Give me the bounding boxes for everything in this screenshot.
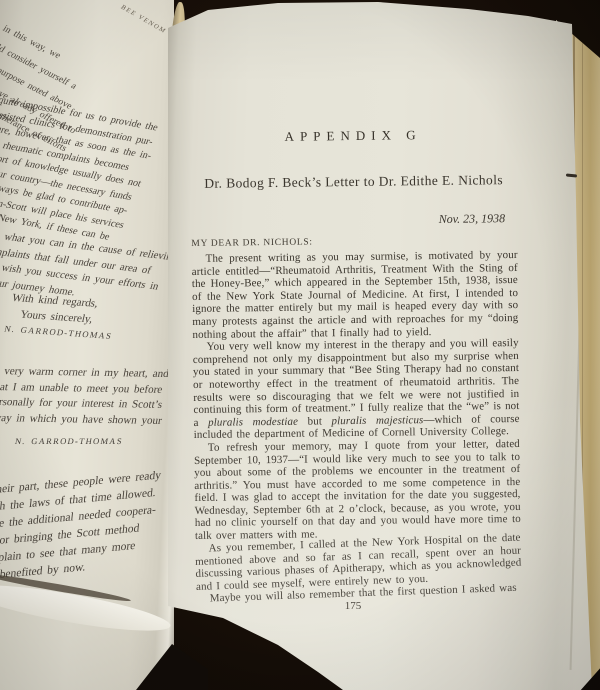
left-page-line: l way in which you have shown your [0, 410, 163, 429]
page-edge-highlight [0, 576, 173, 639]
letter-paragraph-5: Maybe you will also remember that the fi… [196, 582, 522, 606]
latin-phrase: pluralis modestiae [208, 415, 298, 428]
right-page: APPENDIX G Dr. Bodog F. Beck’s Letter to… [168, 0, 600, 690]
letter-title: Dr. Bodog F. Beck’s Letter to Dr. Edithe… [191, 172, 517, 192]
left-page-signature-2: N. GARROD-THOMAS [14, 436, 124, 446]
book-photo: BEE VENOM es to serve in this way, we d … [0, 0, 600, 690]
running-head: BEE VENOM [119, 4, 168, 35]
left-page-paragraph-bottom: their part, these people were ready ich … [0, 467, 162, 585]
left-page-paragraph-warm-corner: a very warm corner in my heart, and that… [0, 364, 172, 429]
page-number: 175 [190, 600, 516, 612]
appendix-heading: APPENDIX G [190, 126, 516, 146]
left-page: BEE VENOM es to serve in this way, we d … [0, 0, 174, 690]
letter-paragraph-1: The present writing as you may surmise, … [192, 249, 519, 341]
letter-paragraph-3: To refresh your memory, may I quote from… [194, 438, 521, 543]
paragraph-text: but [298, 415, 331, 427]
left-page-signature: N. GARROD-THOMAS [14, 436, 124, 446]
left-page-paragraph-clinics: is quite impossible for us to provide th… [0, 92, 165, 247]
letter-paragraph-2: You very well know my interest in the th… [193, 337, 520, 442]
paragraph-text: You very well know my interest in the th… [193, 337, 520, 429]
letter-salutation: MY DEAR DR. NICHOLS: [191, 235, 517, 249]
letter-date: Nov. 23, 1938 [191, 211, 517, 230]
page-fold-line [570, 330, 581, 670]
left-page-signature-block: With kind regards, Yours sincerely, N. G… [3, 291, 122, 344]
letter-body: APPENDIX G Dr. Bodog F. Beck’s Letter to… [190, 126, 522, 606]
letter-paragraph-4: As you remember, I called at the New Yor… [194, 531, 522, 593]
paragraph-text: —which of course included the department… [194, 413, 520, 442]
latin-phrase: pluralis majesticus [331, 414, 423, 427]
